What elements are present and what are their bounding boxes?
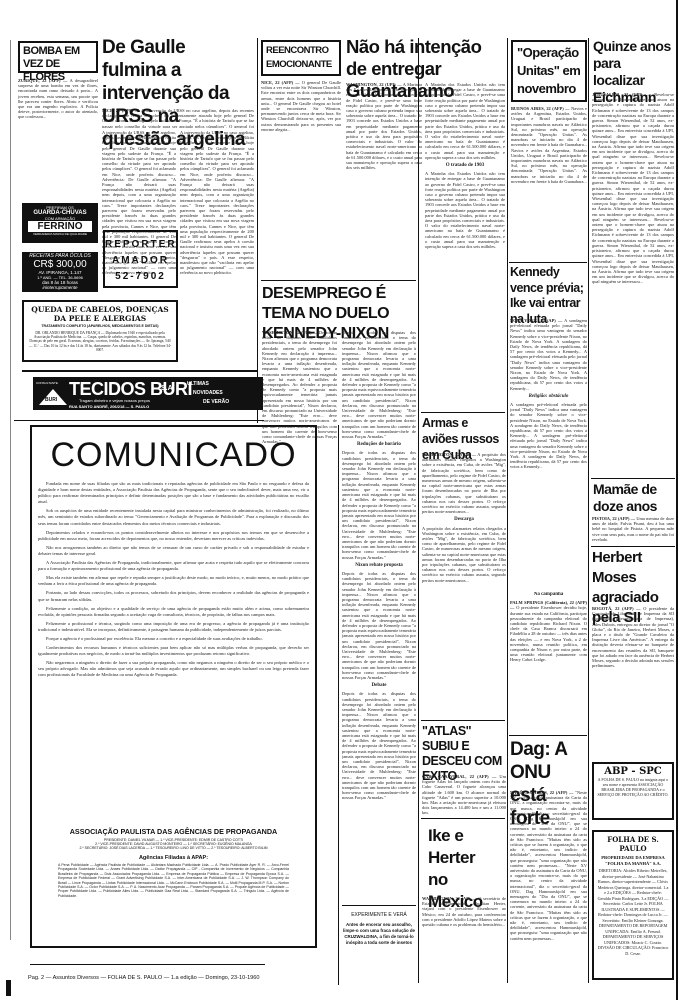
divider: [591, 478, 675, 479]
column-rule: [588, 38, 589, 983]
divider: [421, 720, 505, 721]
page-right-rule: [676, 0, 678, 1000]
degaulle-body: NICE, 22 (AFP) — A intervenção da URSS n…: [102, 108, 254, 128]
masthead-box: FOLHA DE S. PAULO PROPRIEDADE DA EMPRESA…: [592, 830, 674, 980]
corner-mark: [6, 980, 11, 996]
bomba-headline-box: BOMBA EM VEZ DE FLORES: [18, 41, 98, 73]
divider: [261, 280, 416, 281]
reencontro-headline-box: REENCONTRO EMOCIONANTE: [261, 40, 341, 76]
column-rule: [507, 38, 508, 983]
divider: [421, 412, 505, 413]
reencontro-body: NICE, 22 (AFP) — O general De Gaulle vol…: [261, 80, 341, 220]
divider: [14, 420, 264, 421]
mamae-headline: Mamãe de doze anos: [593, 481, 675, 515]
dag-body: NAÇÕES UNIDAS, 22 (AFP) — "Neste XV aniv…: [510, 790, 587, 980]
divider: [591, 546, 675, 547]
divider: [509, 262, 587, 263]
operacao-body: BUENOS AIRES, 22 (AFP) — Navios e aviões…: [511, 106, 587, 256]
guantanamo-body-col1: WASHINGTON, 22 (UPI) — A Marinha dos Est…: [346, 82, 422, 262]
abp-spc-box: ABP - SPC A FOLHA DE S. PAULO na insígni…: [592, 762, 674, 820]
desemprego-body-col2: Depois de todas as disputas dos candidat…: [342, 330, 416, 865]
masthead-title: FOLHA DE S. PAULO: [597, 835, 669, 853]
tecidos-buri-ad: CONSULTANTE BURI TECIDOS BURI S.A. Traga…: [33, 377, 263, 410]
reporter-amador-ad: REPORTER AMADOR 52-7902: [103, 230, 178, 288]
cabelos-ad: QUEDA DE CABELOS, DOENÇAS DA PELE E ALER…: [22, 300, 178, 362]
footer-rule: [30, 964, 265, 965]
cruzwaldina-ad: EXPERIMENTE E VERÁ Antes de encerar seu …: [342, 912, 416, 946]
moses-body: BOGOTÁ, 22 (AFP) — O presidente da Comis…: [592, 606, 674, 756]
kennedy-previa-body: NOVA YORK, 22 (AP) — A sondagem pré-elei…: [510, 318, 587, 588]
palm-springs-body: Na campanha PALM SPRINGS (Califórnia), 2…: [510, 592, 587, 752]
guantanamo-body-col2: A Marinha dos Estados Unidos não tem int…: [425, 82, 505, 412]
apap-name: ASSOCIAÇÃO PAULISTA DAS AGÊNCIAS DE PROP…: [38, 827, 309, 836]
column-rule: [338, 425, 339, 985]
column-rule: [257, 38, 258, 423]
guarda-chuvas-ad: PREFIRAM OS GUARDA-CHUVAS COM ARMAÇÃO FE…: [22, 203, 98, 243]
divider: [509, 735, 587, 736]
bomba-body: ZURIQUE, 22 (AFP) — A desagradável surpr…: [18, 78, 98, 208]
page-left-rule: [10, 40, 11, 940]
ike-herter-body: WASHINGTON, 22 (AP) — O secretário de Es…: [422, 896, 506, 976]
oculos-ad: RECEITAS PARA ÓCULOS CR$ 300,00 AV. IPIR…: [22, 252, 98, 292]
reencontro-headline: REENCONTRO EMOCIONANTE: [266, 44, 336, 72]
operacao-headline: "Operação Unitas" em novembro: [517, 44, 581, 98]
eichmann-body: JERUSALEM, 22 (UPI) — Revelou-se ontem q…: [592, 92, 674, 477]
page-footer: Pag. 2 — Assuntos Diversos — FOLHA DE S.…: [28, 975, 260, 981]
armas-body: WASHINGTON, 22 (AP) — A propósito dos al…: [422, 452, 506, 732]
divider: [22, 370, 258, 372]
divider: [342, 905, 416, 906]
divider: [421, 818, 505, 819]
desemprego-body-col1: WASHINGTON, 22 (UPI) — Depois de todas a…: [262, 330, 337, 650]
operacao-headline-box: "Operação Unitas" em novembro: [511, 40, 587, 102]
